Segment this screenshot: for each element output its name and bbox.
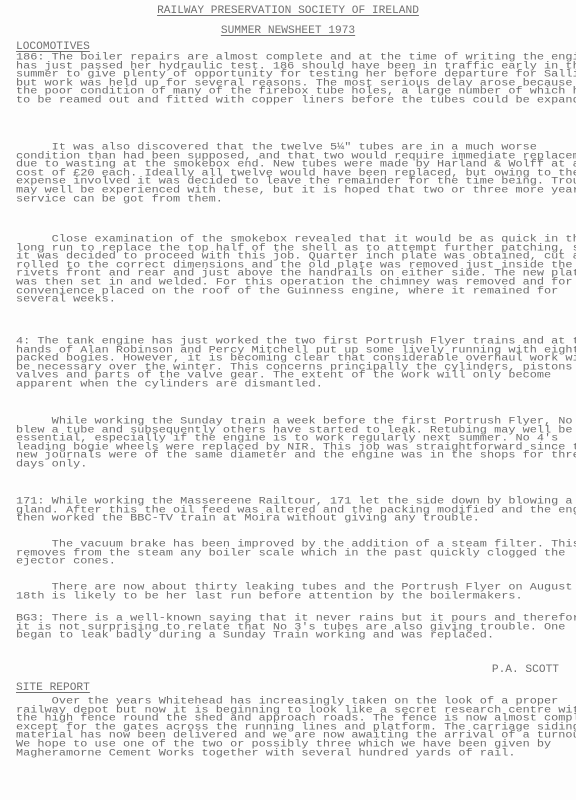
paragraph-171-vacuum-brake: The vacuum brake has been improved by th… (16, 540, 568, 566)
section-heading-site-report: SITE REPORT (16, 683, 90, 693)
paragraph-186-smokebox: Close examination of the smokebox reveal… (16, 235, 568, 304)
text-line: 18th is likely to be her last run before… (16, 592, 568, 599)
text-line: new journals were of the same diameter a… (16, 452, 568, 459)
text-line: Magheramorne Cement Works together with … (16, 749, 568, 756)
paragraph-186-boiler: 186: The boiler repairs are almost compl… (16, 53, 568, 105)
text-line: to be reamed out and fitted with copper … (16, 97, 568, 104)
paragraph-171-leaking-tubes: There are now about thirty leaking tubes… (16, 583, 568, 600)
text-line: ejector cones. (16, 558, 568, 565)
paragraph-4-tank-engine: 4: The tank engine has just worked the t… (16, 337, 568, 389)
paragraph-bg3: BG3: There is a well-known saying that i… (16, 614, 568, 640)
text-line: service can be got from them. (16, 195, 568, 202)
text-line: days only. (16, 461, 568, 468)
text-line: apparent when the cylinders are dismantl… (16, 381, 568, 388)
newsheet-title: SUMMER NEWSHEET 1973 (0, 26, 576, 36)
paragraph-4-sunday-train: While working the Sunday train a week be… (16, 417, 568, 469)
paragraph-186-tubes: It was also discovered that the twelve 5… (16, 143, 568, 203)
text-line: then worked the BBC-TV train at Moira wi… (16, 515, 568, 522)
author-signature: P.A. SCOTT (492, 665, 559, 675)
text-line: several weeks. (16, 296, 568, 303)
paragraph-171-railtour: 171: While working the Massereene Railto… (16, 497, 568, 523)
text-line: began to leak badly during a Sunday Trai… (16, 632, 568, 639)
organization-title: RAILWAY PRESERVATION SOCIETY OF IRELAND (0, 6, 576, 16)
paragraph-site-report: Over the years Whitehead has increasingl… (16, 697, 568, 757)
newsheet-page: RAILWAY PRESERVATION SOCIETY OF IRELAND … (0, 0, 576, 800)
